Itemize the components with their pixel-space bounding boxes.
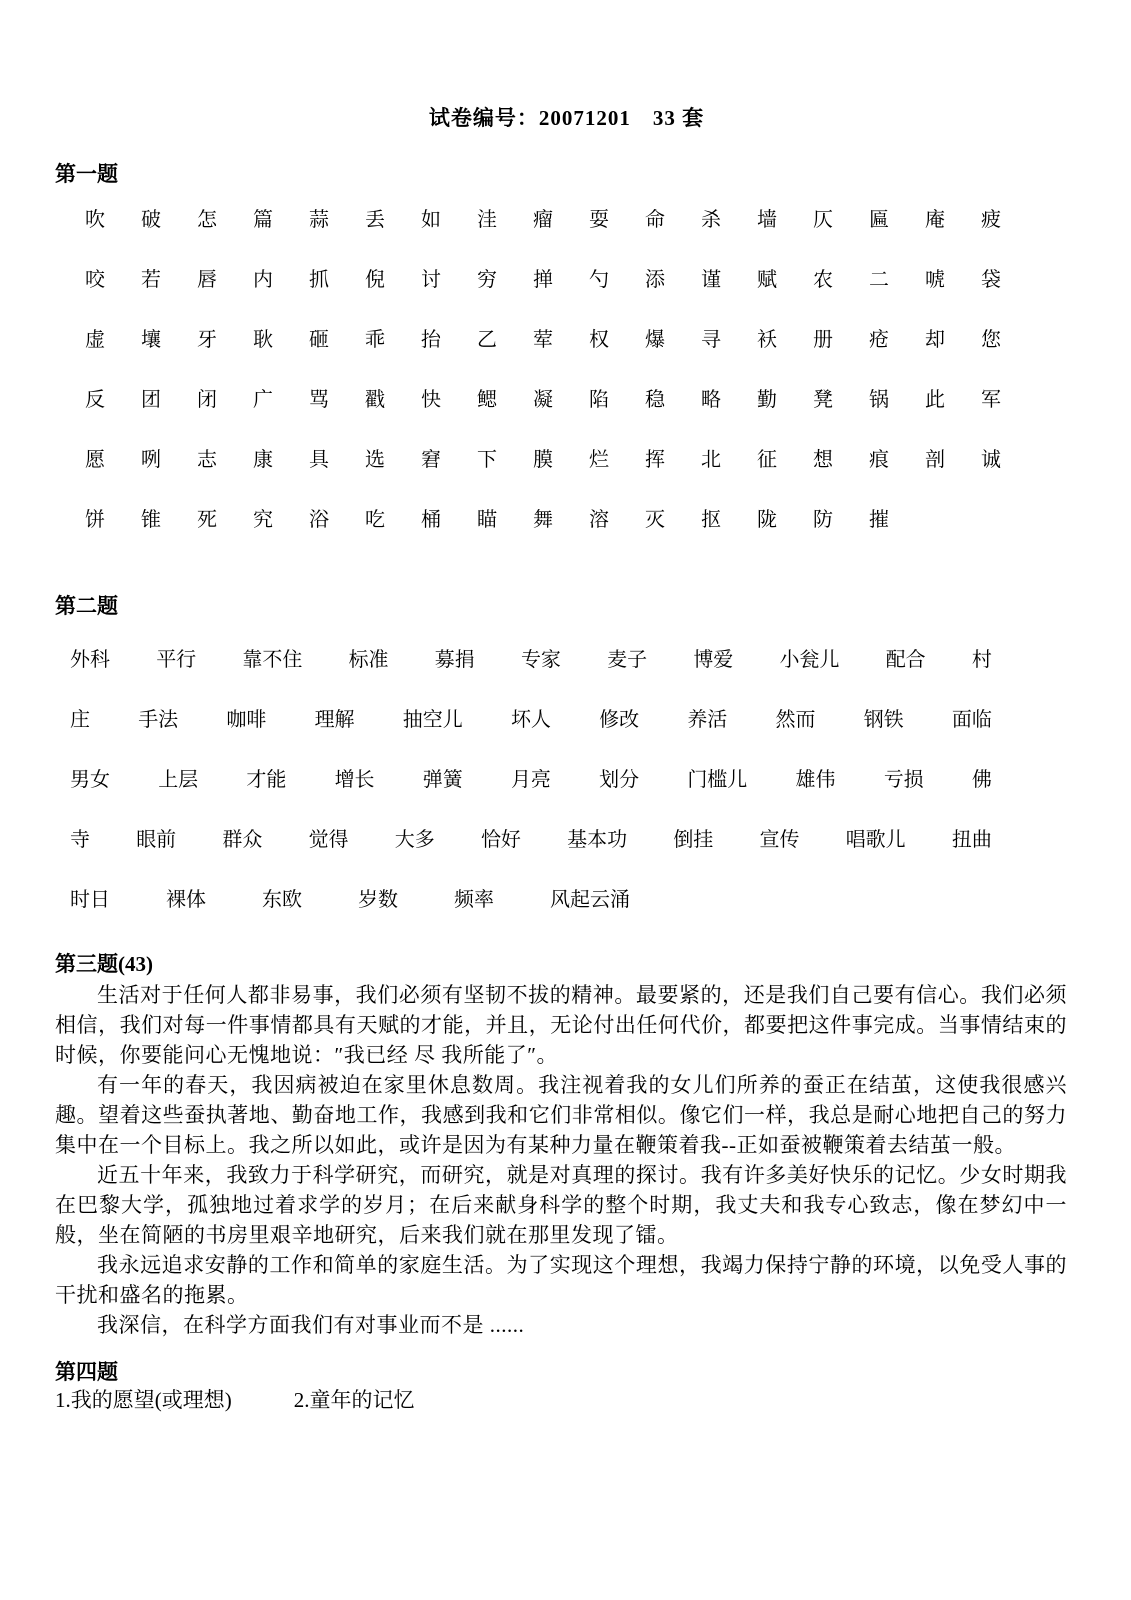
topic-2: 2.童年的记忆 (294, 1387, 415, 1413)
character: 此 (925, 389, 945, 411)
word: 佛 (972, 769, 992, 791)
word: 弹簧 (423, 769, 463, 791)
word: 唱歌儿 (846, 829, 906, 851)
word: 月亮 (511, 769, 551, 791)
character: 丢 (365, 209, 385, 231)
character: 死 (197, 509, 217, 531)
character: 勤 (757, 389, 777, 411)
character: 添 (645, 269, 665, 291)
character: 征 (757, 449, 777, 471)
word: 增长 (335, 769, 375, 791)
character: 志 (197, 449, 217, 471)
character: 下 (477, 449, 497, 471)
character: 诚 (981, 449, 1001, 471)
word: 寺 (70, 829, 90, 851)
character: 册 (813, 329, 833, 351)
word: 募捐 (435, 649, 475, 671)
character: 洼 (477, 209, 497, 231)
character: 匾 (869, 209, 889, 231)
character: 疮 (869, 329, 889, 351)
character: 快 (421, 389, 441, 411)
character: 溶 (589, 509, 609, 531)
essay-paragraph-4: 我永远追求安静的工作和简单的家庭生活。为了实现这个理想，我竭力保持宁静的环境，以… (55, 1250, 1067, 1310)
character: 命 (645, 209, 665, 231)
word: 博爱 (693, 649, 733, 671)
character: 如 (421, 209, 441, 231)
word: 手法 (138, 709, 178, 731)
character: 抠 (701, 509, 721, 531)
exam-paper: 试卷编号：20071201 33 套 第一题 吹破怎篇蒜丢如洼瘤耍命杀墙仄匾庵疲… (0, 0, 1131, 1600)
essay-text: 生活对于任何人都非易事，我们必须有坚韧不拔的精神。最要紧的，还是我们自己要有信心… (55, 980, 1067, 1340)
character: 选 (365, 449, 385, 471)
character: 虚 (85, 329, 105, 351)
section2-heading: 第二题 (55, 594, 1078, 618)
character: 权 (589, 329, 609, 351)
character: 烂 (589, 449, 609, 471)
character: 反 (85, 389, 105, 411)
word: 岁数 (358, 889, 398, 911)
character: 杀 (701, 209, 721, 231)
section-3: 第三题(43) 生活对于任何人都非易事，我们必须有坚韧不拔的精神。最要紧的，还是… (55, 952, 1078, 1340)
character: 墙 (757, 209, 777, 231)
section-2: 第二题 外科平行靠不住标准募捐专家麦子博爱小瓮儿配合村 庄手法咖啡理解抽空儿坏人… (55, 594, 1078, 911)
character: 桶 (421, 509, 441, 531)
word: 配合 (886, 649, 926, 671)
word: 觉得 (309, 829, 349, 851)
word: 庄 (70, 709, 90, 731)
character: 略 (701, 389, 721, 411)
character: 广 (253, 389, 273, 411)
character: 唇 (197, 269, 217, 291)
essay-paragraph-5: 我深信，在科学方面我们有对事业而不是 ...... (55, 1310, 1067, 1340)
word: 亏损 (884, 769, 924, 791)
word: 划分 (599, 769, 639, 791)
character: 想 (813, 449, 833, 471)
character: 二 (869, 269, 889, 291)
character: 您 (981, 329, 1001, 351)
character: 袋 (981, 269, 1001, 291)
word: 眼前 (136, 829, 176, 851)
word: 扭曲 (952, 829, 992, 851)
character: 锥 (141, 509, 161, 531)
character: 庵 (925, 209, 945, 231)
word: 宣传 (760, 829, 800, 851)
character: 团 (141, 389, 161, 411)
word: 外科 (70, 649, 110, 671)
word: 坏人 (511, 709, 551, 731)
word: 靠不住 (242, 649, 302, 671)
character: 乖 (365, 329, 385, 351)
word: 麦子 (607, 649, 647, 671)
character: 咧 (141, 449, 161, 471)
character: 壤 (141, 329, 161, 351)
character: 摧 (869, 509, 889, 531)
word: 咖啡 (226, 709, 266, 731)
word: 面临 (952, 709, 992, 731)
section-1: 第一题 吹破怎篇蒜丢如洼瘤耍命杀墙仄匾庵疲 咬若唇内抓倪讨穷掸勺添谨赋农二唬袋 … (55, 162, 1078, 531)
char-row-3: 虚壤牙耿砸乖抬乙荤权爆寻袄册疮却您 (85, 329, 1078, 351)
word-row-1: 外科平行靠不住标准募捐专家麦子博爱小瓮儿配合村 (70, 649, 992, 671)
character: 愿 (85, 449, 105, 471)
word: 养活 (687, 709, 727, 731)
character: 康 (253, 449, 273, 471)
character: 锅 (869, 389, 889, 411)
character: 荤 (533, 329, 553, 351)
character: 挥 (645, 449, 665, 471)
character: 怎 (197, 209, 217, 231)
character: 内 (253, 269, 273, 291)
word-row-3: 男女上层才能增长弹簧月亮划分门槛儿雄伟亏损佛 (70, 769, 992, 791)
word: 门槛儿 (687, 769, 747, 791)
word: 平行 (156, 649, 196, 671)
character: 勺 (589, 269, 609, 291)
character: 爆 (645, 329, 665, 351)
word: 小瓮儿 (780, 649, 840, 671)
character: 凝 (533, 389, 553, 411)
word: 专家 (521, 649, 561, 671)
character: 抓 (309, 269, 329, 291)
word: 才能 (246, 769, 286, 791)
word: 然而 (776, 709, 816, 731)
character: 疲 (981, 209, 1001, 231)
character: 破 (141, 209, 161, 231)
character: 北 (701, 449, 721, 471)
character: 陷 (589, 389, 609, 411)
character: 剖 (925, 449, 945, 471)
character: 耿 (253, 329, 273, 351)
character: 稳 (645, 389, 665, 411)
word: 裸体 (166, 889, 206, 911)
topic-1: 1.我的愿望(或理想) (55, 1387, 232, 1413)
character: 饼 (85, 509, 105, 531)
character: 篇 (253, 209, 273, 231)
word: 上层 (158, 769, 198, 791)
character: 砸 (309, 329, 329, 351)
char-row-2: 咬若唇内抓倪讨穷掸勺添谨赋农二唬袋 (85, 269, 1078, 291)
character: 军 (981, 389, 1001, 411)
character: 袄 (757, 329, 777, 351)
character: 寻 (701, 329, 721, 351)
character: 牙 (197, 329, 217, 351)
character: 谨 (701, 269, 721, 291)
character: 窘 (421, 449, 441, 471)
section3-heading: 第三题(43) (55, 952, 1078, 976)
word: 倒挂 (673, 829, 713, 851)
page-title: 试卷编号：20071201 33 套 (55, 0, 1078, 132)
character: 倪 (365, 269, 385, 291)
character: 仄 (813, 209, 833, 231)
word: 风起云涌 (550, 889, 630, 911)
essay-paragraph-2: 有一年的春天，我因病被迫在家里休息数周。我注视着我的女儿们所养的蚕正在结茧，这使… (55, 1070, 1067, 1160)
word-row-2: 庄手法咖啡理解抽空儿坏人修改养活然而钢铁面临 (70, 709, 992, 731)
character: 瘤 (533, 209, 553, 231)
section1-heading: 第一题 (55, 162, 1078, 186)
word: 男女 (70, 769, 110, 791)
word: 大多 (395, 829, 435, 851)
character: 唬 (925, 269, 945, 291)
word: 钢铁 (864, 709, 904, 731)
character: 乙 (477, 329, 497, 351)
character: 掸 (533, 269, 553, 291)
section-4: 第四题 1.我的愿望(或理想) 2.童年的记忆 (55, 1360, 1078, 1413)
character: 瞄 (477, 509, 497, 531)
word-row-4: 寺眼前群众觉得大多恰好基本功倒挂宣传唱歌儿扭曲 (70, 829, 992, 851)
word: 标准 (349, 649, 389, 671)
word-row-5: 时日裸体东欧岁数频率风起云涌 (70, 889, 1078, 911)
character: 究 (253, 509, 273, 531)
word: 理解 (315, 709, 355, 731)
character: 鳃 (477, 389, 497, 411)
essay-paragraph-3: 近五十年来，我致力于科学研究，而研究，就是对真理的探讨。我有许多美好快乐的记忆。… (55, 1160, 1067, 1250)
essay-paragraph-1: 生活对于任何人都非易事，我们必须有坚韧不拔的精神。最要紧的，还是我们自己要有信心… (55, 980, 1067, 1070)
character: 蒜 (309, 209, 329, 231)
character: 却 (925, 329, 945, 351)
char-row-5: 愿咧志康具选窘下膜烂挥北征想痕剖诚 (85, 449, 1078, 471)
character: 防 (813, 509, 833, 531)
character: 灭 (645, 509, 665, 531)
word: 时日 (70, 889, 110, 911)
composition-topics: 1.我的愿望(或理想) 2.童年的记忆 (55, 1387, 1078, 1413)
char-row-1: 吹破怎篇蒜丢如洼瘤耍命杀墙仄匾庵疲 (85, 209, 1078, 231)
character: 吃 (365, 509, 385, 531)
character: 农 (813, 269, 833, 291)
word: 雄伟 (796, 769, 836, 791)
character: 闭 (197, 389, 217, 411)
char-row-4: 反团闭广骂戳快鳃凝陷稳略勤凳锅此军 (85, 389, 1078, 411)
character: 赋 (757, 269, 777, 291)
character: 耍 (589, 209, 609, 231)
character: 抬 (421, 329, 441, 351)
section4-heading: 第四题 (55, 1360, 1078, 1384)
word: 频率 (454, 889, 494, 911)
character: 讨 (421, 269, 441, 291)
character: 凳 (813, 389, 833, 411)
character: 陇 (757, 509, 777, 531)
character: 戳 (365, 389, 385, 411)
word: 基本功 (567, 829, 627, 851)
word: 东欧 (262, 889, 302, 911)
character: 痕 (869, 449, 889, 471)
character: 浴 (309, 509, 329, 531)
character: 膜 (533, 449, 553, 471)
word: 恰好 (481, 829, 521, 851)
word: 村 (972, 649, 992, 671)
character: 穷 (477, 269, 497, 291)
character: 若 (141, 269, 161, 291)
word: 修改 (599, 709, 639, 731)
character: 咬 (85, 269, 105, 291)
word: 抽空儿 (403, 709, 463, 731)
char-row-6: 饼锥死究浴吃桶瞄舞溶灭抠陇防摧 (85, 509, 1078, 531)
character: 吹 (85, 209, 105, 231)
character: 骂 (309, 389, 329, 411)
character: 具 (309, 449, 329, 471)
character: 舞 (533, 509, 553, 531)
word: 群众 (222, 829, 262, 851)
